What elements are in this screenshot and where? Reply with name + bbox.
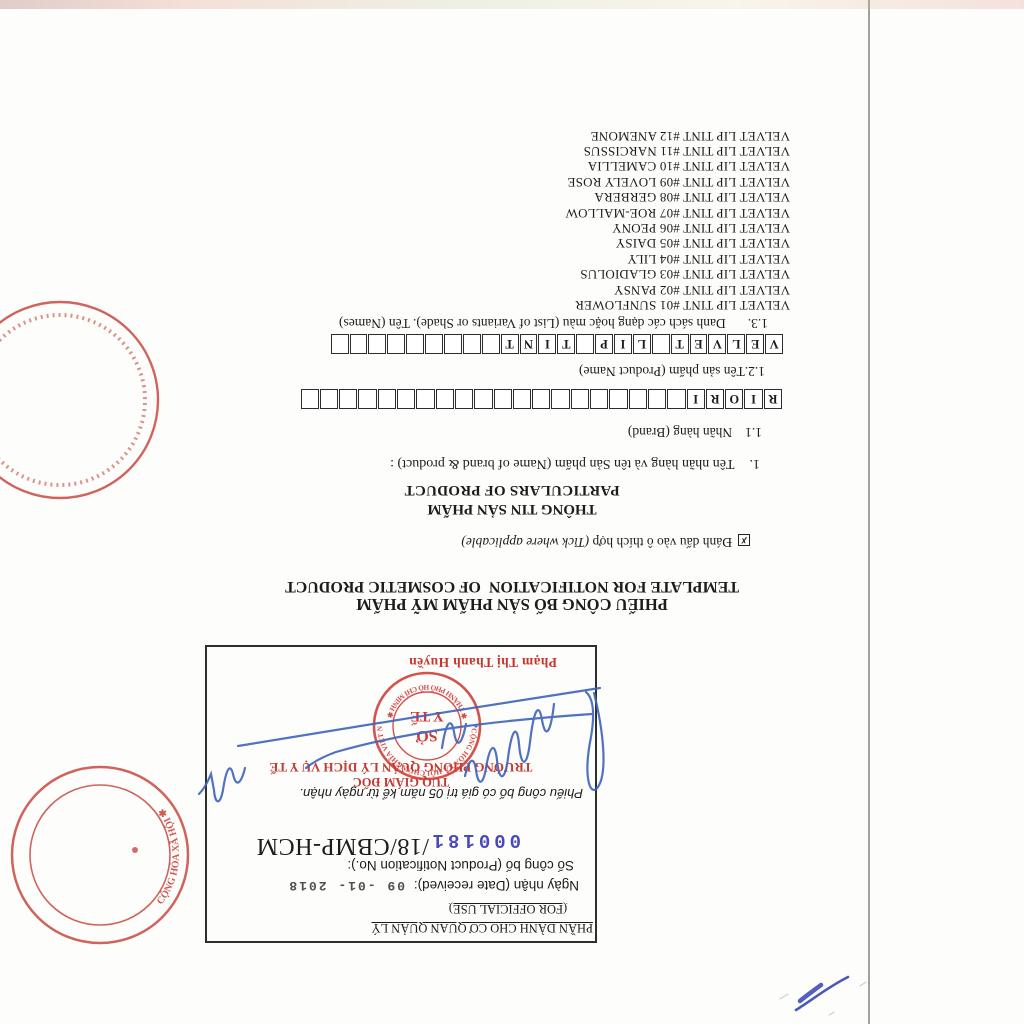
letter-cell: I [614, 334, 632, 354]
letter-cell [652, 334, 670, 354]
scanned-page-stage: PHẦN DÀNH CHO CƠ QUAN QUẢN LÝ (FOR OFFIC… [0, 0, 1024, 1024]
letter-cell [358, 389, 376, 409]
letter-cell: P [595, 334, 613, 354]
letter-cell [397, 389, 415, 409]
item-1-1-line: 1.1Nhãn hàng (Brand) [628, 424, 762, 440]
tick-instruction-vi: Đánh dấu vào ô thích hợp [589, 535, 732, 550]
letter-cell: I [687, 389, 705, 409]
variant-list: VELVET LIP TINT #01 SUNFLOWERVELVET LIP … [565, 128, 790, 313]
product-name-letter-boxes: VELVETLIPTINT [330, 334, 783, 354]
variant-item: VELVET LIP TINT #07 ROE-MALLOW [565, 205, 790, 220]
variant-item: VELVET LIP TINT #12 ANEMONE [565, 128, 790, 143]
letter-cell [350, 334, 368, 354]
brand-letter-boxes: RIORI [300, 389, 782, 409]
letter-cell: T [501, 334, 519, 354]
variant-item: VELVET LIP TINT #09 LOVELY ROSE [565, 174, 790, 189]
letter-cell: V [708, 334, 726, 354]
letter-cell: E [746, 334, 764, 354]
letter-cell: I [744, 389, 762, 409]
letter-cell [576, 334, 594, 354]
letter-cell [455, 389, 473, 409]
item-1-1-number: 1.1 [745, 424, 762, 440]
letter-cell [463, 334, 481, 354]
letter-cell [416, 389, 434, 409]
letter-cell [406, 334, 424, 354]
variant-item: VELVET LIP TINT #03 GLADIOLUS [565, 267, 790, 282]
letter-cell: I [538, 334, 556, 354]
letter-cell [474, 389, 492, 409]
item-1-3-line: 1.3.Danh sách các dạng hoặc màu (List of… [339, 315, 768, 331]
letter-cell: T [671, 334, 689, 354]
checked-box-icon: ✗ [738, 534, 750, 546]
tick-instruction: ✗Đánh dấu vào ô thích hợp (Tick where ap… [461, 534, 750, 550]
letter-cell [609, 389, 627, 409]
letter-cell: T [557, 334, 575, 354]
letter-cell [387, 334, 405, 354]
tick-instruction-en: (Tick where applicable) [461, 535, 589, 550]
letter-cell: V [765, 334, 783, 354]
item-1-number: 1. [750, 455, 761, 471]
form-title-vi: PHIẾU CÔNG BỐ SẢN PHẨM MỸ PHẨM [112, 594, 912, 614]
section-title-vi: THÔNG TIN SẢN PHẨM [112, 500, 912, 517]
item-1-line: 1.Tên nhãn hàng và tên Sản phẩm (Name of… [390, 455, 760, 471]
variant-item: VELVET LIP TINT #10 CAMELLIA [565, 159, 790, 174]
letter-cell: L [727, 334, 745, 354]
variant-item: VELVET LIP TINT #11 NARCISSUS [565, 144, 790, 159]
variant-item: VELVET LIP TINT #01 SUNFLOWER [565, 298, 790, 313]
letter-cell [571, 389, 589, 409]
letter-cell: O [725, 389, 743, 409]
letter-cell [320, 389, 338, 409]
letter-cell [590, 389, 608, 409]
item-1-2-line: 1.2.Tên sản phẩm (Product Name) [579, 363, 765, 379]
letter-cell [513, 389, 531, 409]
item-1-text: Tên nhãn hàng và tên Sản phẩm (Name of b… [390, 456, 734, 471]
letter-cell [629, 389, 647, 409]
item-1-3-number: 1.3. [748, 315, 768, 331]
letter-cell: E [690, 334, 708, 354]
letter-cell: N [520, 334, 538, 354]
variant-item: VELVET LIP TINT #04 LILY [565, 251, 790, 266]
section-title-en: PARTICULARS OF PRODUCT [112, 481, 912, 498]
letter-cell [667, 389, 685, 409]
letter-cell [532, 389, 550, 409]
letter-cell: R [764, 389, 782, 409]
variant-item: VELVET LIP TINT #08 GERBERA [565, 190, 790, 205]
letter-cell [648, 389, 666, 409]
letter-cell [331, 334, 349, 354]
letter-cell [482, 334, 500, 354]
item-1-3-text: Danh sách các dạng hoặc màu (List of Var… [339, 316, 726, 331]
letter-cell [378, 389, 396, 409]
variant-item: VELVET LIP TINT #05 DAISY [565, 236, 790, 251]
letter-cell [368, 334, 386, 354]
letter-cell [301, 389, 319, 409]
letter-cell [444, 334, 462, 354]
letter-cell [425, 334, 443, 354]
item-1-1-text: Nhãn hàng (Brand) [628, 425, 732, 440]
letter-cell [436, 389, 454, 409]
variant-item: VELVET LIP TINT #06 PEONY [565, 221, 790, 236]
letter-cell: R [706, 389, 724, 409]
letter-cell [339, 389, 357, 409]
letter-cell [494, 389, 512, 409]
form-title-en: TEMPLATE FOR NOTIFICATION OF COSMETIC PR… [112, 577, 912, 595]
letter-cell: L [633, 334, 651, 354]
scanned-document: PHẦN DÀNH CHO CƠ QUAN QUẢN LÝ (FOR OFFIC… [0, 0, 1024, 1024]
variant-item: VELVET LIP TINT #02 PANSY [565, 282, 790, 297]
letter-cell [551, 389, 569, 409]
